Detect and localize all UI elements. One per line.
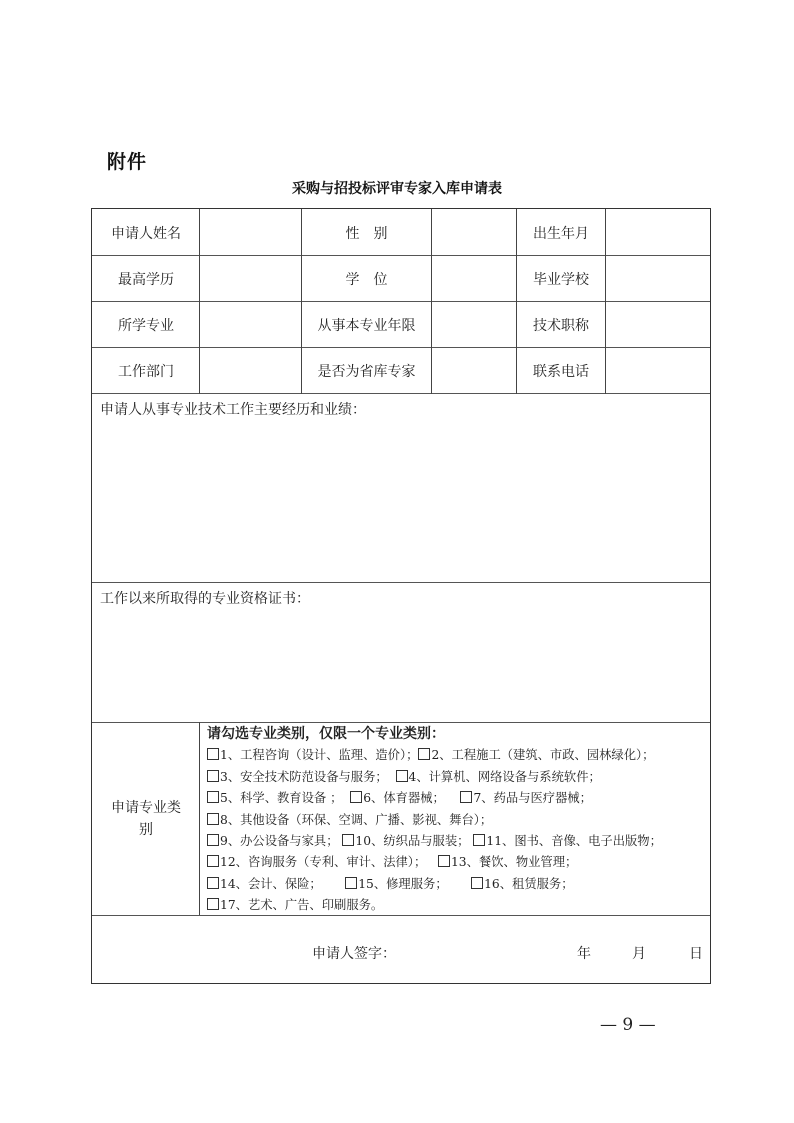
checkbox-icon[interactable] [207,748,219,760]
checkbox-icon[interactable] [473,834,485,846]
row-divider [92,582,710,583]
checkbox-icon[interactable] [207,834,219,846]
checkbox-icon[interactable] [418,748,430,760]
category-option-14[interactable]: 14、会计、保险； [207,877,322,891]
signature-month-label: 月 [632,943,646,963]
category-line: 9、办公设备与家具； 10、纺织品与服装； 11、图书、音像、电子出版物； [207,831,711,852]
label-highest-education: 最高学历 [92,256,200,302]
label-department: 工作部门 [92,348,200,394]
applicant-name-field[interactable] [200,209,301,256]
checkbox-icon[interactable] [438,855,450,867]
category-line: 12、咨询服务（专利、审计、法律）； 13、餐饮、物业管理； [207,852,711,873]
checkbox-icon[interactable] [342,834,354,846]
checkbox-icon[interactable] [345,877,357,889]
label-applicant-name: 申请人姓名 [92,209,200,256]
category-option-10[interactable]: 10、纺织品与服装； [342,834,469,848]
label-graduate-school: 毕业学校 [517,256,605,302]
checkbox-icon[interactable] [207,791,219,803]
category-instruction: 请勾选专业类别，仅限一个专业类别： [207,724,711,745]
experience-label: 申请人从事专业技术工作主要经历和业绩： [100,399,366,419]
label-years-in-field: 从事本专业年限 [302,302,431,348]
category-options: 请勾选专业类别，仅限一个专业类别： 1、工程咨询（设计、监理、造价）；2、工程施… [207,724,711,917]
highest-education-field[interactable] [200,256,301,302]
certificates-label: 工作以来所取得的专业资格证书： [100,588,310,608]
birth-date-field[interactable] [606,209,710,256]
technical-title-field[interactable] [606,302,710,348]
label-category: 申请专业类别 [92,723,200,915]
graduate-school-field[interactable] [606,256,710,302]
label-gender: 性 别 [302,209,431,256]
category-option-15[interactable]: 15、修理服务； [345,877,447,891]
page-number: — 9 — [600,1015,656,1035]
years-in-field-field[interactable] [432,302,516,348]
label-major: 所学专业 [92,302,200,348]
phone-field[interactable] [606,348,710,394]
signature-year-label: 年 [577,943,591,963]
checkbox-icon[interactable] [207,855,219,867]
category-option-8[interactable]: 8、其他设备（环保、空调、广播、影视、舞台）； [207,813,492,827]
category-option-4[interactable]: 4、计算机、网络设备与系统软件； [396,770,601,784]
form-title: 采购与招投标评审专家入库申请表 [0,178,794,198]
checkbox-icon[interactable] [471,877,483,889]
category-option-17[interactable]: 17、艺术、广告、印刷服务。 [207,898,383,912]
category-line: 17、艺术、广告、印刷服务。 [207,895,711,916]
category-option-3[interactable]: 3、安全技术防范设备与服务； [207,770,388,784]
category-option-6[interactable]: 6、体育器械； [350,791,445,805]
category-line: 1、工程咨询（设计、监理、造价）；2、工程施工（建筑、市政、园林绿化）； [207,745,711,766]
category-option-12[interactable]: 12、咨询服务（专利、审计、法律）； [207,855,426,869]
checkbox-icon[interactable] [350,791,362,803]
checkbox-icon[interactable] [396,770,408,782]
signature-field[interactable] [410,935,560,965]
category-line: 3、安全技术防范设备与服务； 4、计算机、网络设备与系统软件； [207,767,711,788]
category-option-5[interactable]: 5、科学、教育设备 ； [207,791,342,805]
category-option-13[interactable]: 13、餐饮、物业管理； [438,855,577,869]
label-birth-date: 出生年月 [517,209,605,256]
provincial-expert-field[interactable] [432,348,516,394]
major-field[interactable] [200,302,301,348]
category-option-2[interactable]: 2、工程施工（建筑、市政、园林绿化）； [418,748,654,762]
category-option-1[interactable]: 1、工程咨询（设计、监理、造价）； [207,748,418,762]
degree-field[interactable] [432,256,516,302]
category-option-7[interactable]: 7、药品与医疗器械； [460,791,592,805]
gender-field[interactable] [432,209,516,256]
checkbox-icon[interactable] [207,877,219,889]
label-technical-title: 技术职称 [517,302,605,348]
attachment-label: 附件 [107,147,147,174]
label-phone: 联系电话 [517,348,605,394]
checkbox-icon[interactable] [207,813,219,825]
checkbox-icon[interactable] [207,898,219,910]
category-option-9[interactable]: 9、办公设备与家具； [207,834,339,848]
signature-label: 申请人签字： [312,943,396,963]
experience-textarea[interactable] [92,419,710,581]
signature-day-label: 日 [689,943,703,963]
category-line: 5、科学、教育设备 ； 6、体育器械； 7、药品与医疗器械； [207,788,711,809]
checkbox-icon[interactable] [207,770,219,782]
category-option-16[interactable]: 16、租赁服务； [471,877,573,891]
category-option-11[interactable]: 11、图书、音像、电子出版物； [473,834,662,848]
certificates-textarea[interactable] [92,608,710,721]
category-line: 14、会计、保险； 15、修理服务； 16、租赁服务； [207,874,711,895]
category-label-text: 申请专业类别 [107,797,185,841]
label-degree: 学 位 [302,256,431,302]
label-provincial-expert: 是否为省库专家 [302,348,431,394]
department-field[interactable] [200,348,301,394]
category-line: 8、其他设备（环保、空调、广播、影视、舞台）； [207,810,711,831]
checkbox-icon[interactable] [460,791,472,803]
